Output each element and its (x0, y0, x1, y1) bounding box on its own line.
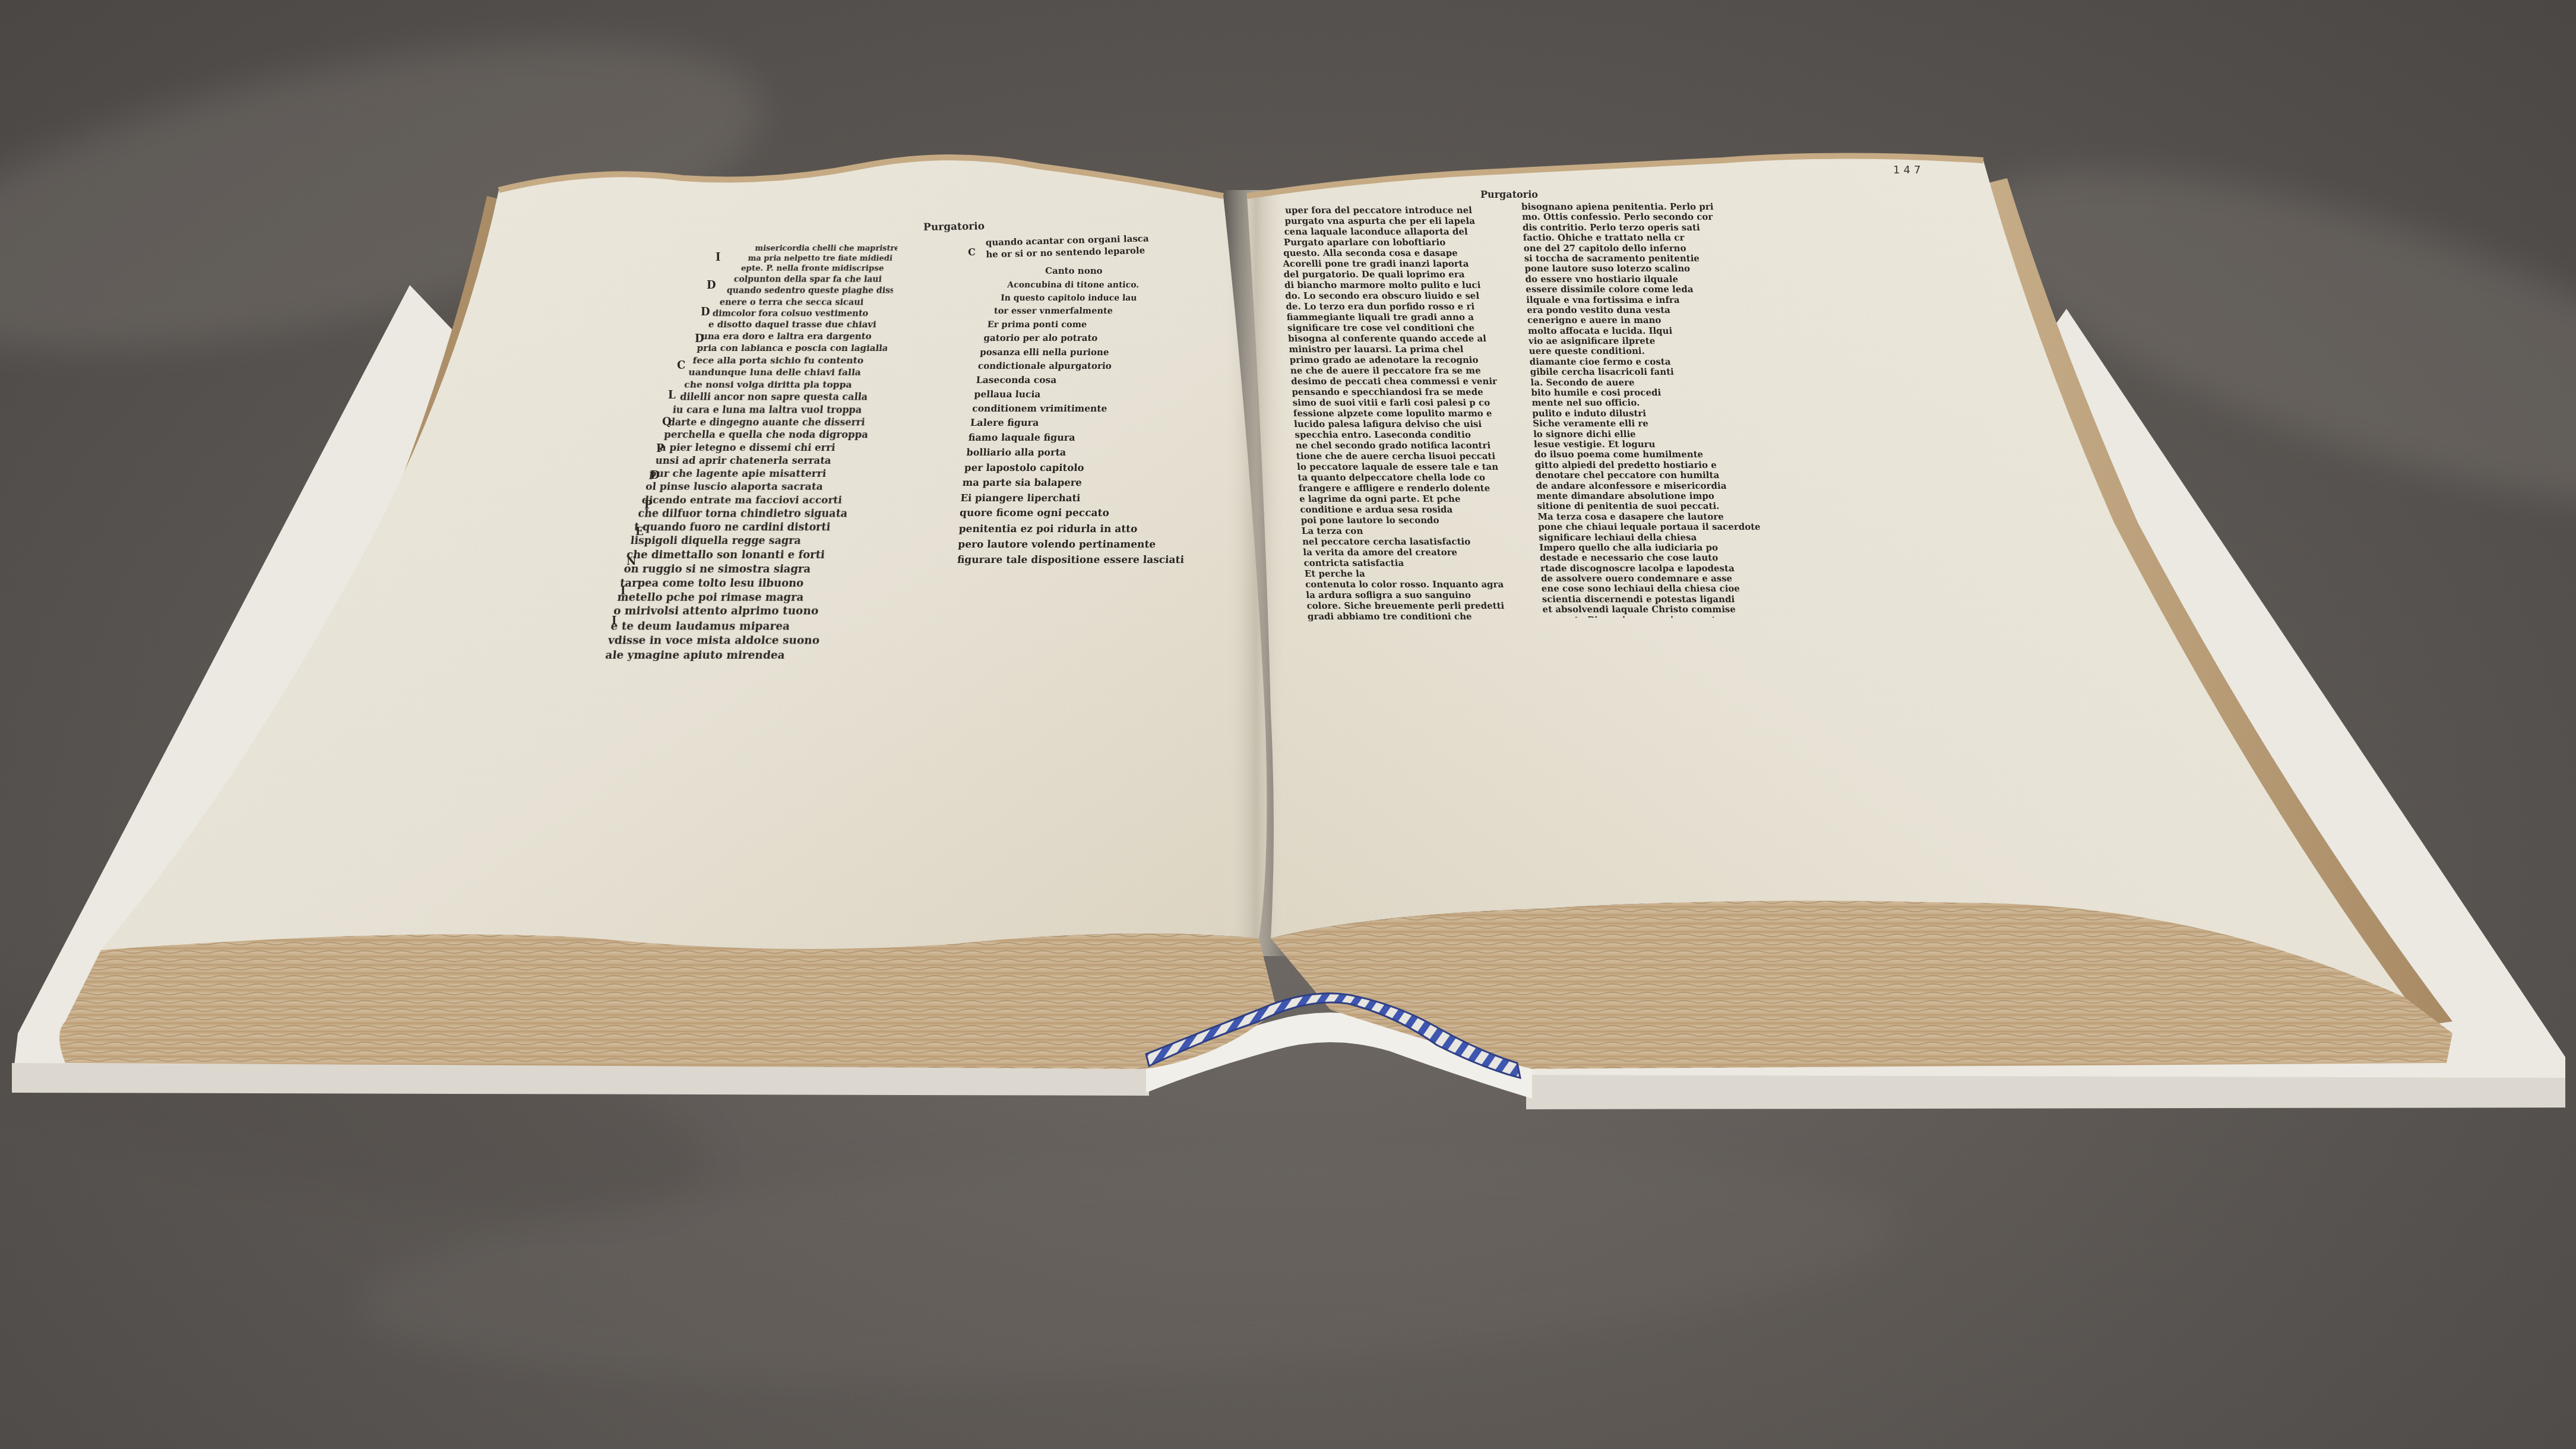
text-line: che dimettallo son lonanti e forti (626, 548, 866, 562)
text-line: fiammegiante liquali tre gradi anno a (1286, 312, 1512, 322)
text-line: la ardura sofligra a suo sanguino (1306, 590, 1532, 600)
text-line: factio. Ohiche e trattato nella cr (1523, 233, 1844, 243)
text-line: fiamo laquale figura (968, 431, 1201, 445)
text-line: gitto alpiedi del predetto hostiario e (1534, 460, 1856, 470)
text-line: conditione e ardua sesa rosida (1300, 504, 1526, 515)
text-line: purgato vna aspurta che per eli lapela (1284, 216, 1506, 226)
text-line: era pondo vestito duna vesta (1527, 305, 1848, 315)
text-line: bito humile e cosi procedi (1531, 388, 1852, 398)
initial-letter: D (695, 333, 704, 345)
text-line: lucido palesa lafigura delviso che uisi (1294, 419, 1520, 429)
text-line: uper fora del peccatore introduce nel (1284, 205, 1505, 216)
text-line: che nonsi volga diritta pla toppa (683, 379, 884, 391)
text-line: perchella e quella che noda digroppa (663, 428, 878, 441)
text-line: Aconcubina di titone antico. (1007, 279, 1210, 292)
text-line: e lagrime da ogni parte. Et pche (1299, 493, 1525, 504)
text-line: ma pria nelpetto tre fiate midiedi (748, 254, 897, 264)
initial-letter: P (656, 442, 664, 455)
text-line: contricta satisfactia (1303, 558, 1530, 568)
right-commentary-right-column: bisognano apiena penitentia. Perlo pri m… (1521, 202, 1864, 618)
initial-letter: I (621, 585, 625, 597)
text-line: one del 27 capitolo dello inferno (1523, 243, 1844, 254)
initial-letter: D (707, 279, 716, 292)
text-line: Ei piangere liperchati (960, 491, 1198, 506)
text-line: mente dimandare absolutione impo (1536, 491, 1857, 501)
text-line: pensando e specchiandosi fra se mede (1292, 387, 1518, 397)
text-line: a pier letegno e dissemi chi erri (659, 441, 877, 454)
text-line: scientia discernendi e potestas ligandi (1542, 594, 1863, 605)
initial-letter: N (626, 555, 636, 568)
initial-letter: D (701, 306, 710, 318)
text-line: Et perche la (1304, 568, 1530, 579)
text-line: poi pone lautore lo secondo (1300, 515, 1527, 526)
text-line: de andare alconfessore e misericordia (1536, 481, 1857, 491)
text-line: primo grado ae adenotare la recognio (1289, 355, 1515, 365)
text-line: unsi ad aprir chatenerla serrata (655, 454, 876, 467)
text-line: significare lechiaui della chiesa (1539, 533, 1860, 543)
text-line: dimcolor fora colsuo vestimento (712, 308, 891, 319)
canto-heading: Canto nono (1045, 265, 1103, 276)
text-line: tarpea come tolto lesu ilbuono (619, 577, 863, 591)
text-line: epte. P. nella fronte midiscripse (740, 264, 896, 274)
text-line: dicendo entrate ma facciovi accorti (641, 494, 872, 507)
text-line: tor esser vnmerfalmente (993, 305, 1208, 318)
text-line: diamante cioe fermo e costa (1529, 357, 1850, 367)
initial-letter: L (668, 389, 676, 401)
text-line: a sancto Piero sicome scriue sancto (1543, 615, 1863, 618)
right-commentary-left-column: uper fora del peccatore introduce nel pu… (1278, 205, 1536, 656)
text-line: colore. Siche breuemente perli predetti (1306, 600, 1533, 611)
text-line: per lapostolo capitolo (964, 460, 1200, 476)
text-line: bisogna al conferente quando accede al (1288, 333, 1514, 344)
initial-letter: C (968, 246, 976, 258)
text-line: Acorelli pone tre gradi inanzi laporta (1283, 258, 1509, 269)
text-line: e te deum laudamus miparea (610, 619, 859, 634)
text-line: fessione alpzete come lopulito marmo e (1293, 408, 1519, 419)
text-line: condictionale alpurgatorio (977, 359, 1205, 373)
text-line: lispigoli diquella regge sagra (629, 534, 867, 548)
text-line: pone lautore suso loterzo scalino (1524, 264, 1846, 274)
text-line: de. Lo terzo era dun porfido rosso e ri (1286, 301, 1512, 312)
text-line: sitione di penitentia de suoi peccati. (1537, 501, 1858, 511)
text-line: gradi abbiamo tre conditioni che (1307, 611, 1533, 622)
text-line: Purgato aparlare con loboftiario (1283, 237, 1507, 248)
text-line: on ruggio si ne simostra siagra (623, 562, 864, 577)
text-line: enere o terra che secca sicaui (719, 296, 893, 308)
initial-letter: P (644, 499, 653, 511)
text-line: uere queste conditioni. (1528, 346, 1850, 356)
text-line: Laseconda cosa (976, 373, 1204, 387)
text-line: bisognano apiena penitentia. Perlo pri (1521, 202, 1843, 212)
text-line: tione che de auere cercha lisuoi peccati (1296, 451, 1522, 461)
text-line: figurare tale dispositione essere lascia… (957, 552, 1195, 568)
text-line: fece alla porta sichio fu contento (692, 355, 887, 366)
text-line: quando sedentro queste piaghe disse (726, 286, 894, 296)
text-line: uandunque luna delle chiavi falla (688, 366, 885, 378)
text-line: gibile cercha lisacricoli fanti (1530, 367, 1851, 377)
initial-letter: I (612, 615, 616, 627)
text-line: colpunton della spar fa che laui (733, 274, 895, 285)
text-line: Er prima ponti come (987, 318, 1207, 331)
initial-letter: D (650, 469, 660, 482)
text-line: vio ae asignificare ilprete (1528, 336, 1850, 346)
left-bottom-edge (59, 934, 1277, 1069)
text-line: do. Lo secondo era obscuro liuido e sel (1284, 290, 1511, 301)
text-line: Siche veramente elli re (1533, 419, 1854, 429)
text-line: Impero quello che alla iudiciaria po (1539, 543, 1860, 553)
folio-number: 147 (1893, 164, 1924, 176)
text-line: cena laquale laconduce allaporta del (1284, 226, 1507, 237)
left-running-head: Purgatorio (923, 220, 985, 233)
text-line: denotare chel peccatore con humilta (1535, 470, 1856, 480)
text-line: essere dissimile colore come leda (1526, 284, 1847, 295)
text-line: do ilsuo poema come humilmente (1534, 450, 1856, 460)
text-line: gatorio per alo potrato (983, 331, 1207, 345)
text-line: quore ficome ogni peccato (959, 505, 1197, 521)
text-line: nel peccatore cercha lasatisfactio (1302, 536, 1528, 547)
text-line: simo de suoi vitii e farli cosi palesi p… (1292, 397, 1518, 408)
text-line: pone che chiaui lequale portaua il sacer… (1538, 522, 1859, 532)
text-line: ne che de auere il peccatore fra se me (1290, 365, 1516, 376)
text-line: la verita da amore del creatore (1303, 547, 1529, 558)
text-line: In questo capitolo induce lau (1000, 292, 1208, 305)
text-line: lesue vestigie. Et loguru (1534, 439, 1855, 450)
text-line: dis contritio. Perlo terzo operis sati (1522, 223, 1843, 233)
initial-letter: I (716, 251, 720, 264)
text-line: pero lautore volendo pertinamente (958, 537, 1196, 552)
left-top-right-block: quando acantar con organi lasca he or si… (986, 233, 1150, 261)
text-line: pulito e induto dilustri (1532, 409, 1853, 419)
text-line: ale ymagine apiuto mirendea (605, 648, 856, 663)
text-line: mo. Ottis confessio. Perlo secondo cor (1522, 212, 1843, 222)
text-line: rtade discognoscre lacolpa e lapodesta (1540, 564, 1862, 574)
text-line: ene cose sono lechiaui della chiesa cioe (1541, 584, 1862, 594)
text-line: conditionem vrimitimente (972, 401, 1203, 416)
text-line: et absolvendi laquale Christo commise (1542, 605, 1863, 615)
text-line: misericordia chelli che mapristre (755, 243, 898, 254)
text-line: significare tre cose vel conditioni che (1287, 322, 1513, 333)
text-line: e disotto daquel trasse due chiavi (708, 319, 890, 331)
text-line: di biancho marmore molto pulito e luci (1284, 280, 1510, 290)
text-line: Ma terza cosa e dasapere che lautore (1537, 512, 1859, 522)
text-line: pur che lagente apie misatterri (648, 467, 874, 480)
text-line: si toccha de sacramento penitentie (1524, 254, 1845, 264)
text-line: do essere vno hostiario ilquale (1525, 274, 1846, 284)
text-line: ne chel secondo grado notifica lacontri (1295, 440, 1521, 451)
text-line: desimo de peccati chea commessi e venir (1291, 376, 1517, 387)
text-line: questo. Alla seconda cosa e dasape (1283, 248, 1508, 258)
text-line: ilquale e vna fortissima e infra (1526, 295, 1847, 305)
text-line: posanza elli nella purione (980, 346, 1206, 359)
text-line: t quando fuoro ne cardini distorti (634, 521, 869, 534)
text-line: pria con labianca e poscia con lagialla (697, 343, 888, 355)
text-line: iu cara e luna ma laltra vuol troppa (672, 403, 881, 416)
initial-letter: E (635, 526, 644, 538)
text-line: o mirivolsi attento alprimo tuono (613, 605, 860, 619)
text-line: metello pche poi rimase magra (616, 591, 861, 605)
text-line: vdisse in voce mista aldolce suono (607, 634, 857, 648)
text-line: ministro per lauarsi. La prima chel (1289, 344, 1515, 355)
text-line: Lalere figura (970, 416, 1202, 431)
text-line: specchia entro. Laseconda conditio (1295, 429, 1521, 440)
text-line: molto affocata e lucida. Ilqui (1528, 326, 1849, 336)
verse-column: misericordia chelli che mapristre ma pri… (605, 243, 898, 665)
initial-letter: Q (662, 416, 672, 428)
text-line: lo peccatore laquale de essere tale e ta… (1297, 461, 1523, 472)
text-line: La terza con (1301, 526, 1527, 536)
text-line: una era doro e laltra era dargento (701, 331, 889, 343)
text-line: cenerigno e auere in mano (1527, 315, 1849, 325)
text-line: che dilfuor torna chindietro siguata (637, 507, 870, 521)
text-line: darte e dingegno auante che disserri (668, 416, 880, 428)
right-running-head: Purgatorio (1480, 189, 1538, 200)
text-line: ta quanto delpeccatore chella lode co (1298, 472, 1524, 483)
text-line: destade e necessario che cose lauto (1540, 553, 1861, 563)
text-line: dilelli ancor non sapre questa calla (679, 391, 882, 403)
text-line: penitentia ez poi ridurla in atto (958, 521, 1197, 537)
text-line: frangere e affligere e renderlo dolente (1298, 483, 1524, 493)
text-line: pellaua lucia (974, 387, 1204, 401)
text-line: de assolvere ouero condemnare e asse (1540, 574, 1862, 584)
text-line: del purgatorio. De quali loprimo era (1283, 269, 1509, 280)
text-line: lo signore dichi ellie (1533, 429, 1855, 439)
text-line: la. Secondo de auere (1530, 378, 1852, 388)
left-commentary-column: Aconcubina di titone antico. In questo c… (952, 279, 1210, 659)
text-line: contenuta lo color rosso. Inquanto agra (1305, 579, 1531, 590)
initial-letter: C (677, 359, 685, 372)
text-line: mente nel suo officio. (1531, 398, 1853, 408)
text-line: cio chio vdia qual prender sisuole (605, 663, 854, 665)
text-line: bolliario alla porta (966, 445, 1201, 460)
text-line: ol pinse luscio alaporta sacrata (645, 480, 873, 493)
text-line: ma parte sia balapere (962, 475, 1199, 491)
